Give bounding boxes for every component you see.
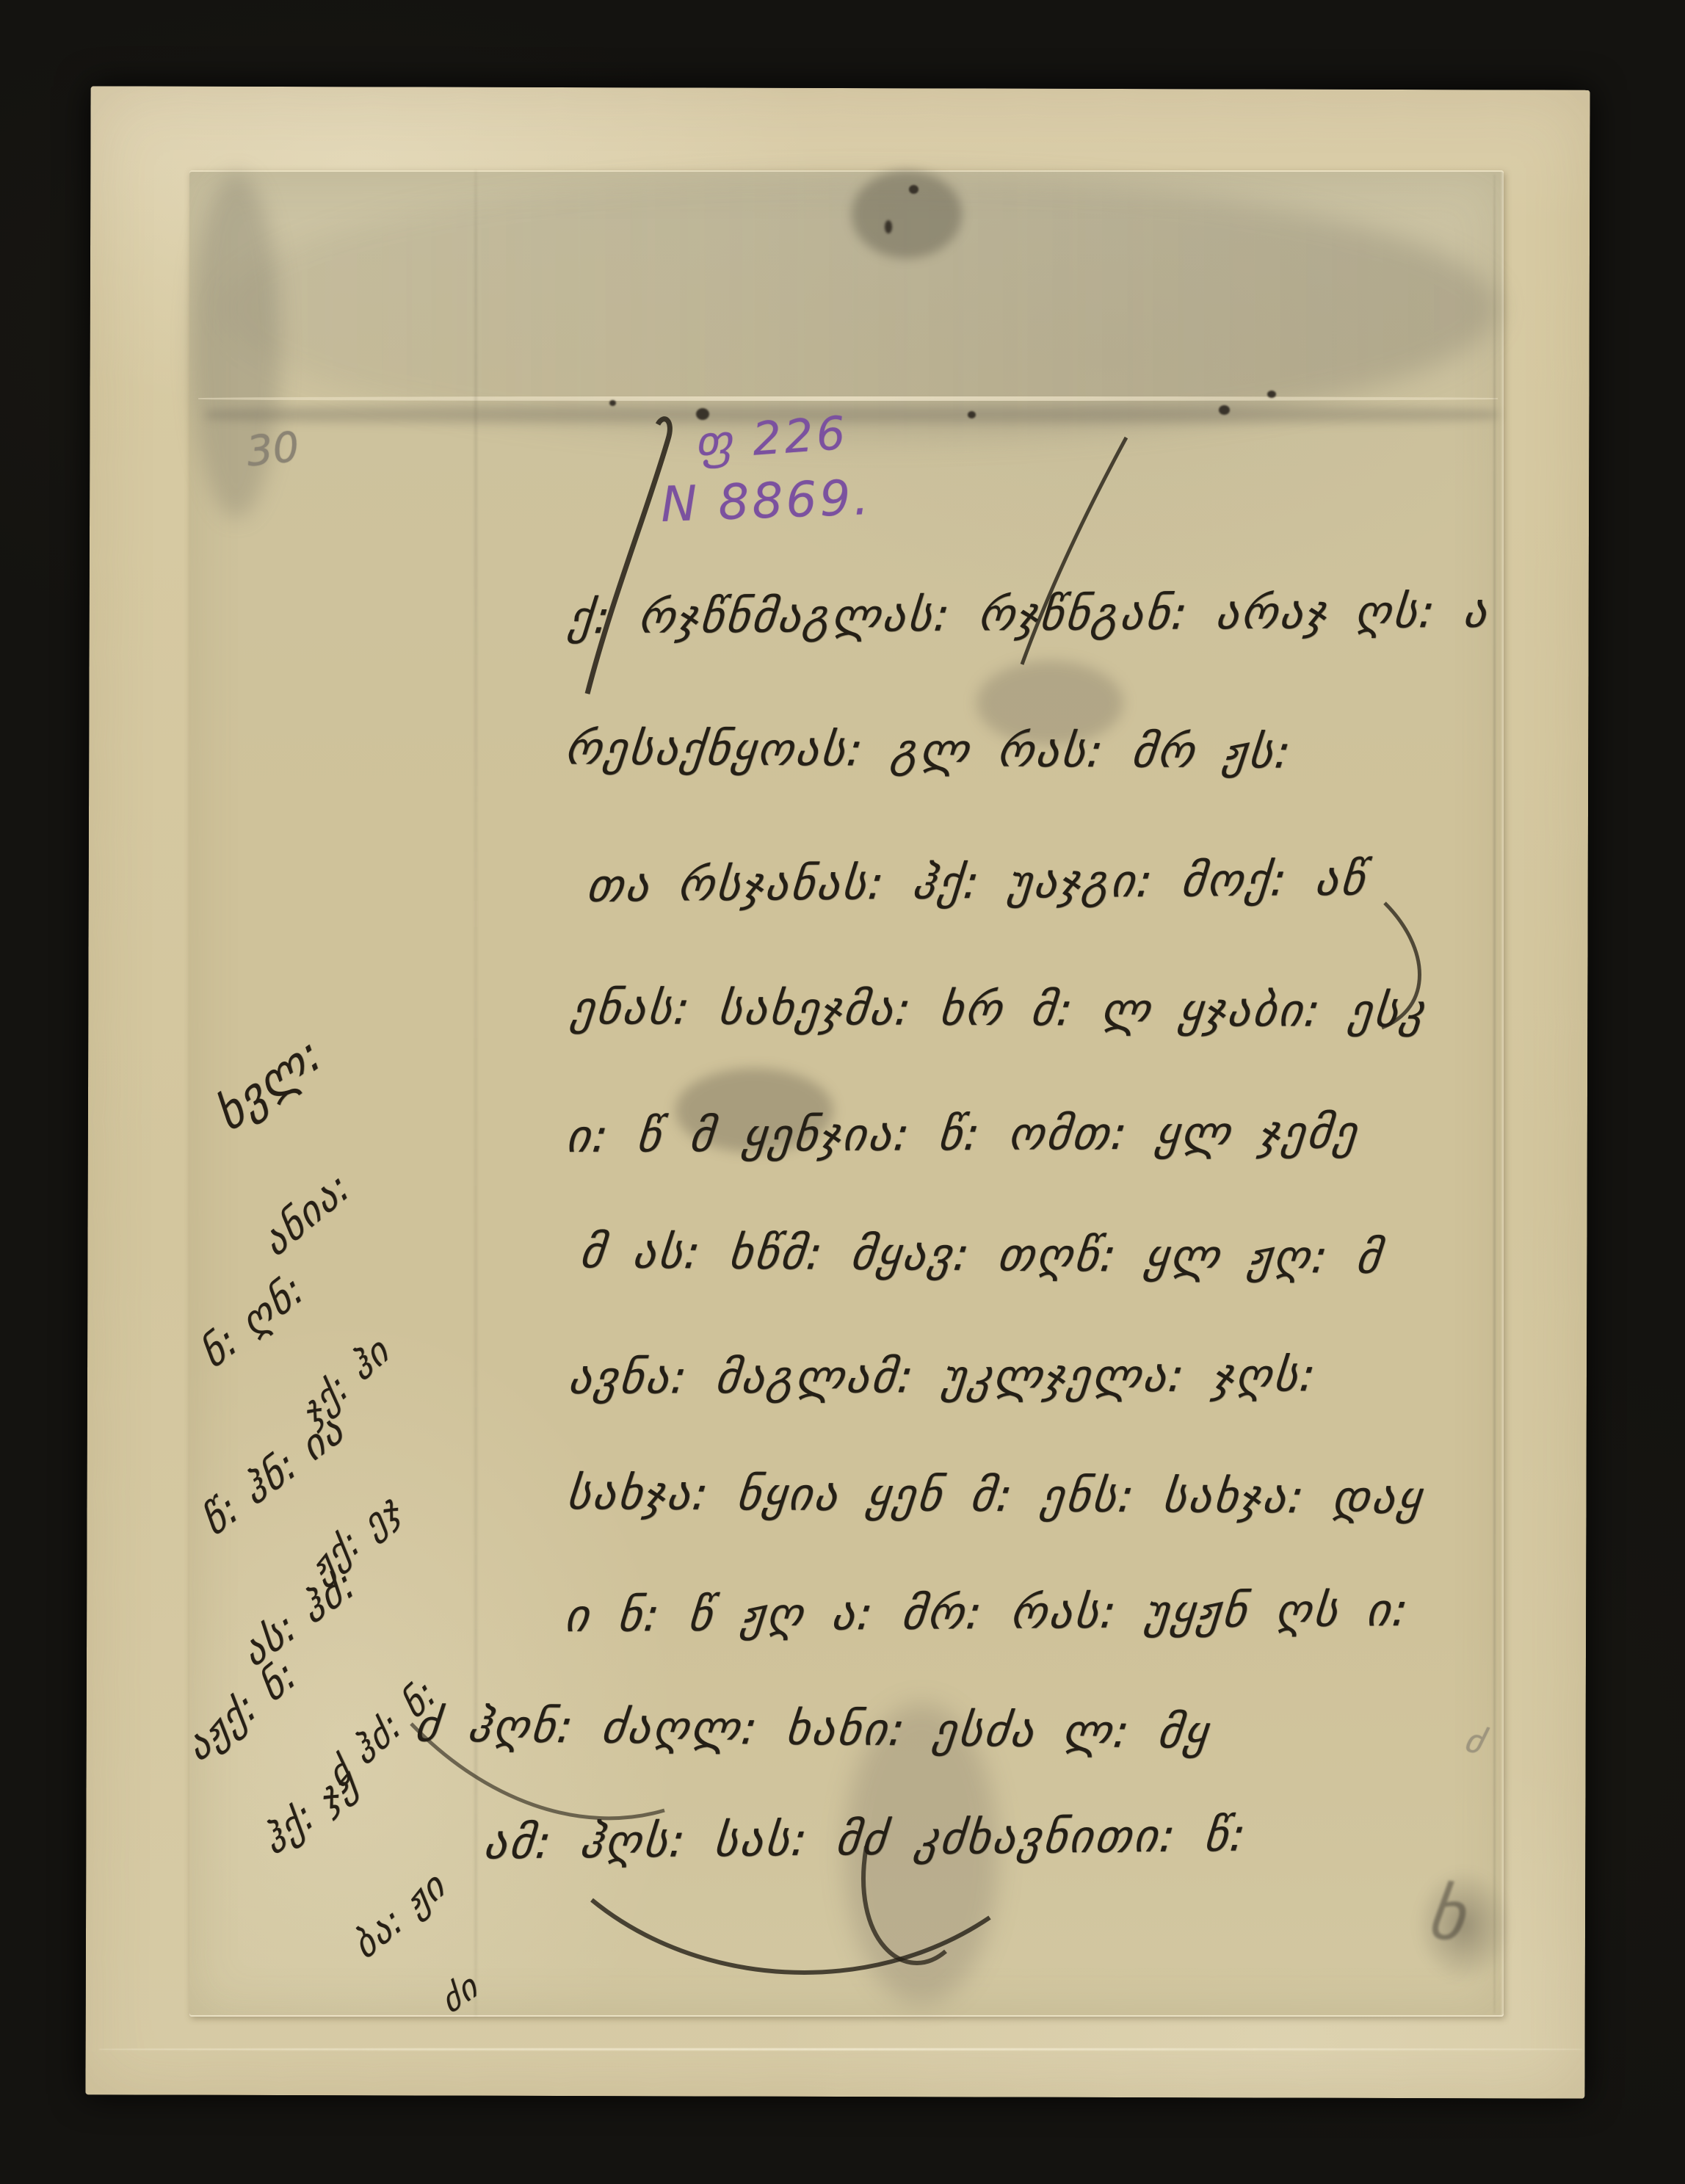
margin-note: ხვლ: [207, 1026, 332, 1144]
scan-background: { "document": { "archive_stamp": { "line… [0, 0, 1685, 2184]
margin-note: ბა: ჟი [346, 1862, 453, 1967]
margin-note: ჰქ: ჯჟ [256, 1759, 366, 1864]
margin-note: ას: ჰძ: [234, 1559, 363, 1677]
margin-note: აჟქ: ნ: [178, 1650, 305, 1771]
margin-note: წ: ჰნ: ია [195, 1405, 352, 1545]
margin-note: ძი [435, 1964, 485, 2021]
margin-note: ჯქ: ჰი [293, 1328, 397, 1434]
margin-note: ანია: [255, 1162, 359, 1266]
margin-notes: ხვლ: ანია: ნ: ღნ: ჯქ: ჰი წ: ჰნ: ია ჟქ: ე… [0, 0, 1685, 2184]
margin-note: ნ: ღნ: [193, 1264, 313, 1378]
